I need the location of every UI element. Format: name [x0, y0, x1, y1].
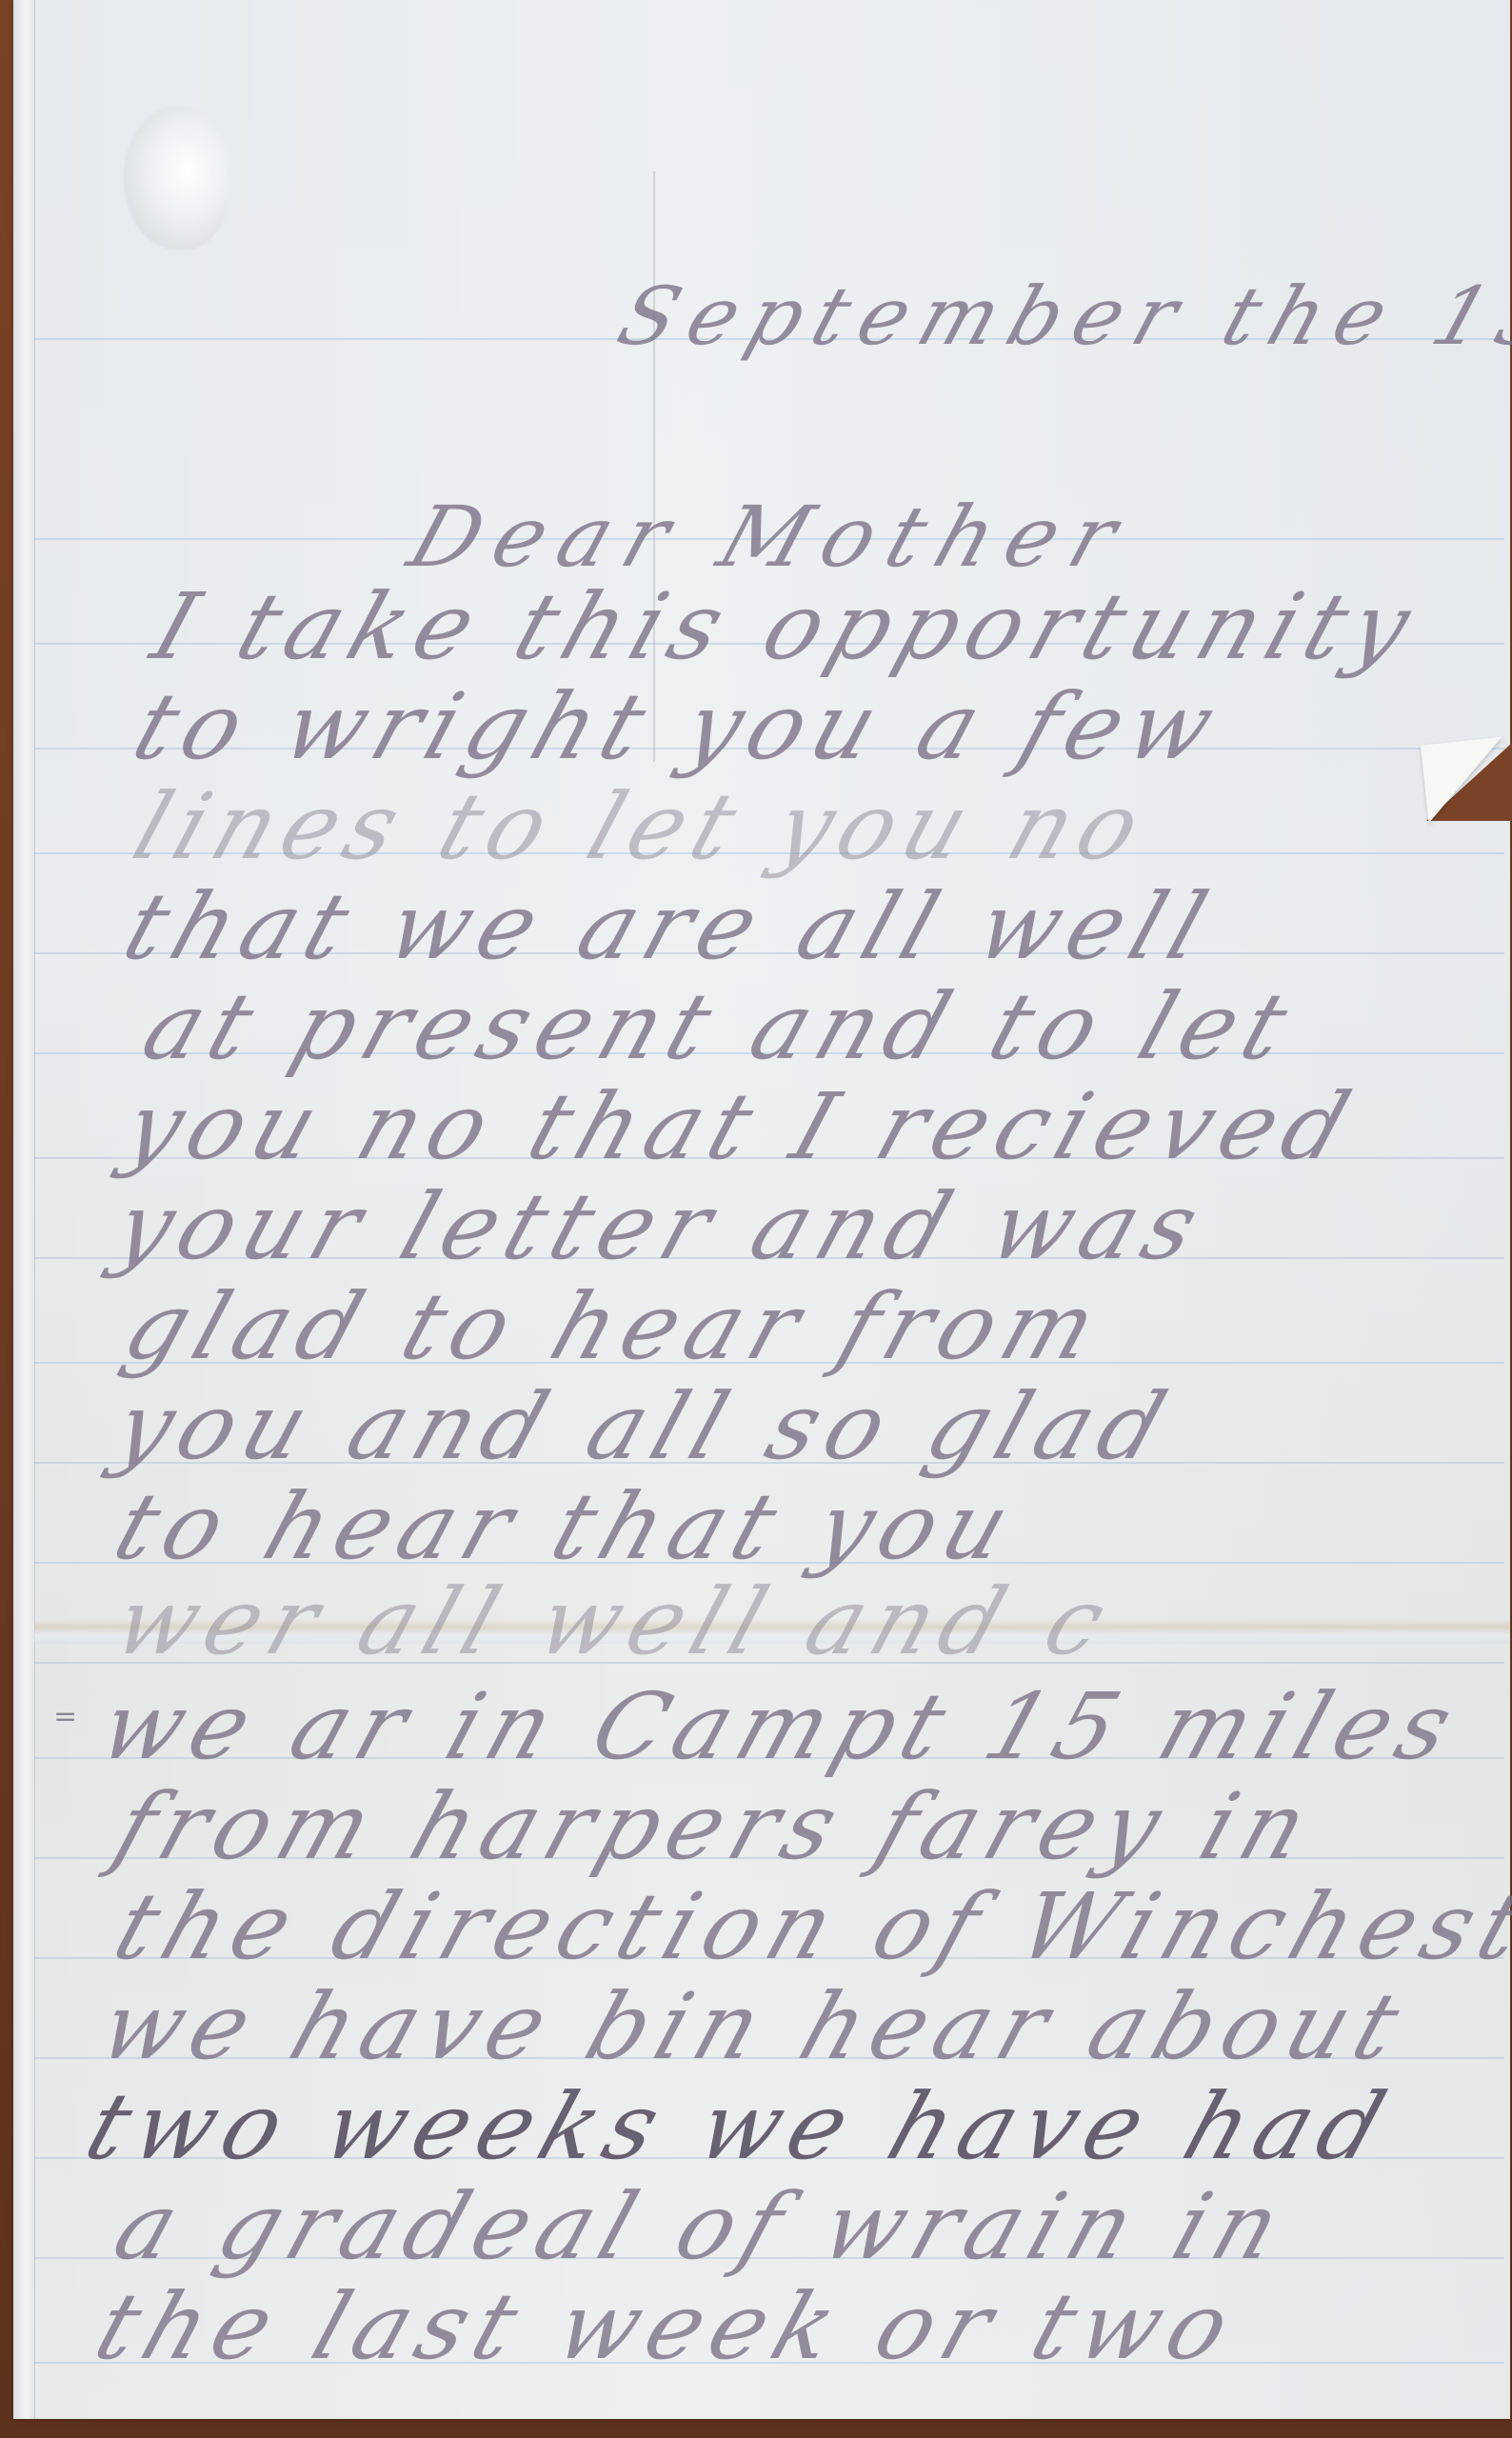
letter-line: lines to let you no — [124, 781, 1161, 872]
letter-line: wer all well and c — [105, 1576, 1124, 1668]
letter-line: from harpers farey in — [105, 1781, 1327, 1872]
letter-line: to hear that you — [105, 1481, 1029, 1572]
letter-line: I take this opportunity — [143, 581, 1430, 672]
letter-date: September the 13 — [609, 276, 1512, 356]
letter-line: the direction of Winchester — [105, 1881, 1512, 1972]
letter-line: we have bin hear about — [90, 1981, 1419, 2072]
letter-line: a gradeal of wrain in — [105, 2181, 1300, 2272]
letter-text: September the 13 Dear Mother I take this… — [0, 0, 1512, 2438]
letter-line: glad to hear from — [114, 1281, 1116, 1372]
letter-line: at present and to let — [133, 981, 1307, 1072]
letter-line: you no that I recieved — [114, 1081, 1368, 1172]
letter-line: the last week or two — [86, 2281, 1249, 2372]
letter-line: we ar in Campt 15 miles — [90, 1681, 1472, 1772]
letter-salutation: Dear Mother — [400, 495, 1142, 579]
letter-line: two weeks we have had — [76, 2081, 1404, 2172]
letter-line: to wright you a few — [124, 681, 1234, 772]
letter-line: that we are all well — [114, 881, 1225, 972]
letter-line: your letter and was — [105, 1181, 1218, 1272]
letter-line: you and all so glad — [105, 1381, 1184, 1472]
